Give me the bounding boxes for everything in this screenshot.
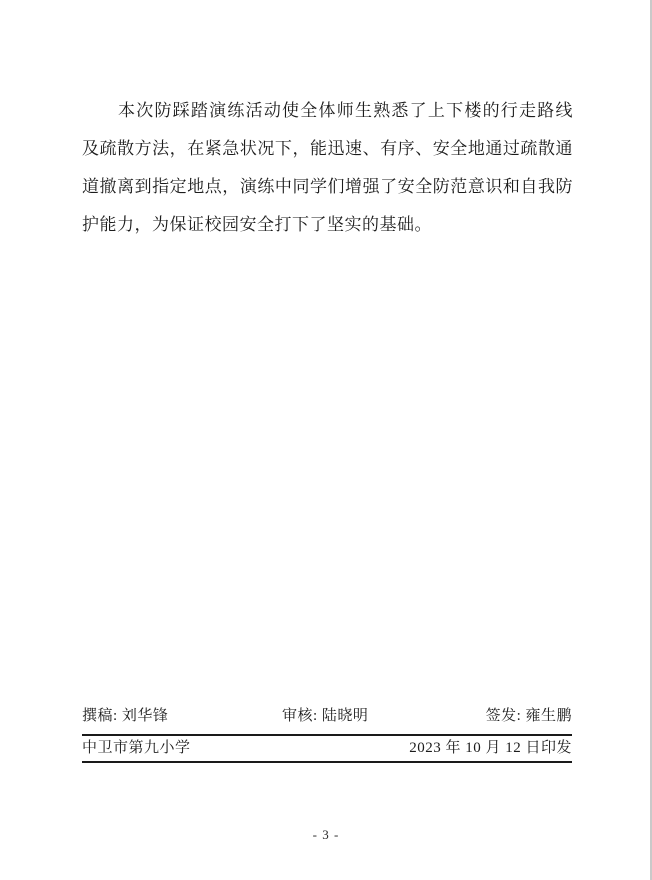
signature-row: 撰稿: 刘华锋 审核: 陆晓明 签发: 雍生鹏 [82, 703, 572, 734]
reviewer-label: 审核: 陆晓明 [282, 703, 368, 729]
paragraph-line-2: 及疏散方法，在紧急状况下，能迅速、有序、安全地通过疏散通 [82, 130, 573, 168]
paragraph-line-3: 道撤离到指定地点，演练中同学们增强了安全防范意识和自我防 [82, 168, 573, 206]
paragraph-line-1: 本次防踩踏演练活动使全体师生熟悉了上下楼的行走路线 [82, 92, 573, 130]
paragraph-line-4: 护能力，为保证校园安全打下了坚实的基础。 [82, 206, 573, 244]
page-number: - 3 - [0, 827, 652, 843]
organization-name: 中卫市第九小学 [82, 736, 191, 761]
footer-divider-bottom [82, 761, 572, 763]
paragraph: 本次防踩踏演练活动使全体师生熟悉了上下楼的行走路线 及疏散方法，在紧急状况下，能… [82, 92, 573, 244]
issuing-row: 中卫市第九小学 2023 年 10 月 12 日印发 [82, 736, 572, 761]
print-date: 2023 年 10 月 12 日印发 [409, 736, 572, 761]
document-footer: 撰稿: 刘华锋 审核: 陆晓明 签发: 雍生鹏 中卫市第九小学 2023 年 1… [82, 703, 572, 763]
document-page: 本次防踩踏演练活动使全体师生熟悉了上下楼的行走路线 及疏散方法，在紧急状况下，能… [0, 0, 652, 880]
issuer-label: 签发: 雍生鹏 [486, 703, 572, 729]
drafter-label: 撰稿: 刘华锋 [82, 708, 168, 724]
